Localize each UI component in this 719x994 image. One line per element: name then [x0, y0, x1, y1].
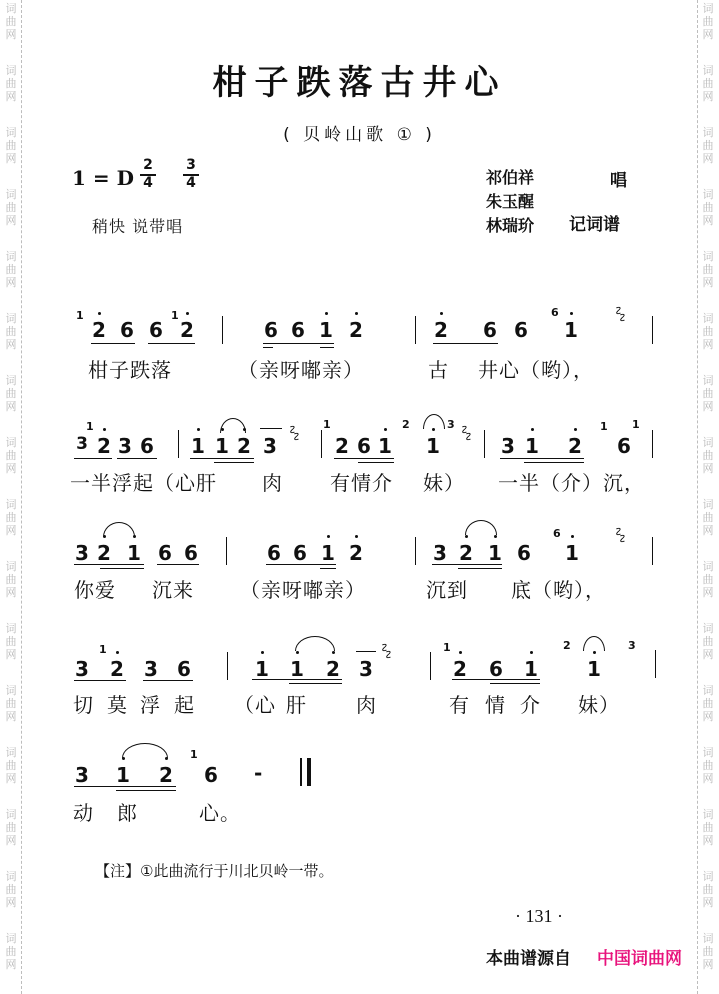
lyric: 你爱	[74, 574, 116, 603]
note: 1	[115, 763, 131, 787]
watermark-char: 词	[703, 312, 714, 325]
watermark-char: 词	[703, 684, 714, 697]
credits-names: 祁伯祥 朱玉醒 林瑞玠	[486, 166, 534, 238]
bar-line	[430, 652, 431, 680]
watermark-char: 词	[6, 870, 17, 883]
note: 2	[458, 541, 474, 565]
divider-right	[697, 0, 698, 994]
watermark-char: 词	[703, 2, 714, 15]
footnote: 【注】①此曲流行于川北贝岭一带。	[95, 860, 333, 881]
watermark-char: 词	[6, 498, 17, 511]
note: 2	[158, 763, 174, 787]
fermata	[423, 414, 445, 429]
watermark-char: 曲	[6, 945, 17, 958]
glissando-mark: ∿∿	[376, 640, 396, 661]
grace-note: 1	[76, 309, 84, 322]
beam	[74, 458, 112, 459]
note: 2	[109, 657, 125, 681]
note: 1	[190, 434, 206, 458]
beam	[74, 680, 126, 681]
note: 6	[266, 541, 282, 565]
note: 6	[516, 541, 532, 565]
lyric: 井心（哟），	[478, 354, 594, 383]
watermark-char: 词	[6, 374, 17, 387]
watermark-char: 曲	[703, 263, 714, 276]
watermark-char: 曲	[6, 449, 17, 462]
bar-line	[227, 652, 228, 680]
lyric: 情	[485, 689, 506, 718]
watermark-char: 网	[6, 772, 17, 785]
lyric: （心	[234, 689, 276, 718]
note: 2	[567, 434, 583, 458]
watermark-char: 网	[6, 276, 17, 289]
lyric: 起	[174, 689, 195, 718]
note: 1	[524, 434, 540, 458]
tempo-marking: 稍快 说带唱	[92, 214, 183, 237]
beam	[490, 683, 540, 684]
watermark-char: 词	[6, 746, 17, 759]
watermark-char: 网	[703, 896, 714, 909]
watermark-group: 词曲网	[6, 868, 17, 930]
lyric: 肉	[356, 689, 377, 718]
beam	[74, 786, 176, 787]
lyric: 古	[428, 354, 449, 383]
bar-line	[226, 537, 227, 565]
bar-line	[178, 430, 179, 458]
watermark-group: 词曲网	[6, 496, 17, 558]
watermark-group: 词曲网	[6, 620, 17, 682]
watermark-char: 曲	[6, 325, 17, 338]
watermark-group: 词曲网	[6, 744, 17, 806]
watermark-group: 词曲网	[703, 620, 714, 682]
slur	[122, 743, 168, 758]
bar-line	[321, 430, 322, 458]
fermata	[583, 636, 605, 651]
watermark-group: 词曲网	[703, 186, 714, 248]
note: 3	[500, 434, 516, 458]
credit-role-transcriber: 记词谱	[569, 210, 620, 235]
watermark-char: 词	[6, 560, 17, 573]
song-title: 柑子跌落古井心	[0, 55, 719, 104]
note: 6	[176, 657, 192, 681]
grace-note: 2	[402, 418, 410, 431]
watermark-char: 词	[6, 436, 17, 449]
bar-line	[484, 430, 485, 458]
watermark-char: 网	[703, 958, 714, 971]
note: 6	[290, 318, 306, 342]
watermark-char: 曲	[703, 325, 714, 338]
note: 1	[289, 657, 305, 681]
note: 3	[358, 657, 374, 681]
watermark-char: 词	[6, 312, 17, 325]
note: 6	[356, 434, 372, 458]
lyric: 沉到	[426, 574, 468, 603]
watermark-char: 曲	[6, 15, 17, 28]
watermark-char: 词	[703, 374, 714, 387]
divider-left	[21, 0, 22, 994]
watermark-char: 曲	[6, 263, 17, 276]
note: 3	[74, 434, 90, 454]
watermark-char: 曲	[703, 387, 714, 400]
watermark-char: 曲	[703, 635, 714, 648]
watermark-char: 曲	[703, 821, 714, 834]
note: 2	[348, 541, 364, 565]
sustain-dash: -	[254, 761, 262, 785]
beam	[214, 462, 254, 463]
time-signature-2: 3 4	[183, 158, 199, 191]
key-signature: 1 = D	[72, 166, 134, 190]
beam	[143, 680, 193, 681]
watermark-group: 词曲网	[703, 558, 714, 620]
watermark-char: 网	[6, 896, 17, 909]
note: 3	[117, 434, 133, 458]
beam	[148, 343, 195, 344]
watermark-char: 网	[703, 214, 714, 227]
watermark-char: 词	[703, 808, 714, 821]
watermark-char: 网	[6, 710, 17, 723]
watermark-char: 词	[703, 746, 714, 759]
watermark-char: 词	[6, 622, 17, 635]
watermark-group: 词曲网	[703, 372, 714, 434]
note: 1	[564, 541, 580, 565]
watermark-char: 词	[703, 188, 714, 201]
watermark-group: 词曲网	[703, 682, 714, 744]
beam	[190, 458, 254, 459]
note: 6	[183, 541, 199, 565]
watermark-char: 曲	[703, 573, 714, 586]
source-label: 本曲谱源自	[486, 944, 571, 969]
slur	[465, 520, 497, 535]
note: 2	[96, 434, 112, 458]
watermark-char: 词	[703, 870, 714, 883]
watermark-group: 词曲网	[6, 806, 17, 868]
beam	[117, 458, 157, 459]
watermark-char: 曲	[6, 635, 17, 648]
source-site-link[interactable]: 中国词曲网	[597, 944, 682, 969]
glissando-mark: ∿∿	[456, 422, 476, 443]
watermark-char: 词	[703, 436, 714, 449]
slur	[220, 418, 246, 433]
lyric: 浮	[140, 689, 161, 718]
beam	[91, 343, 135, 344]
note: 3	[143, 657, 159, 681]
note: 2	[433, 318, 449, 342]
lyric: 郎	[117, 797, 138, 826]
watermark-char: 网	[703, 28, 714, 41]
watermark-char: 网	[6, 400, 17, 413]
lyric: 妹）	[423, 467, 465, 496]
watermark-char: 网	[703, 400, 714, 413]
note: 2	[96, 541, 112, 565]
watermark-char: 词	[6, 808, 17, 821]
watermark-char: 词	[6, 188, 17, 201]
watermark-char: 网	[703, 772, 714, 785]
watermark-char: 词	[703, 560, 714, 573]
grace-note: 1	[323, 418, 331, 431]
watermark-char: 曲	[703, 201, 714, 214]
note: 1	[425, 434, 441, 458]
lyric: 底（哟），	[511, 574, 606, 603]
credit-role-singer: 唱	[610, 166, 627, 191]
grace-note: 1	[443, 641, 451, 654]
grace-note: 2	[563, 639, 571, 652]
lyric: 切	[73, 689, 94, 718]
note: 1	[254, 657, 270, 681]
watermark-group: 词曲网	[703, 496, 714, 558]
watermark-char: 词	[703, 498, 714, 511]
bar-line	[222, 316, 223, 344]
watermark-char: 曲	[703, 883, 714, 896]
beam	[432, 564, 502, 565]
bar-line	[415, 537, 416, 565]
note: 2	[334, 434, 350, 458]
lyric: 心。	[199, 797, 241, 826]
watermark-char: 词	[703, 622, 714, 635]
note: 6	[119, 318, 135, 342]
watermark-char: 网	[703, 524, 714, 537]
note: 1	[377, 434, 393, 458]
note: 6	[139, 434, 155, 458]
note: 6	[482, 318, 498, 342]
grace-note: 1	[86, 420, 94, 433]
lyric: 有	[449, 689, 470, 718]
note: 2	[179, 318, 195, 342]
note: 3	[262, 434, 278, 458]
watermark-char: 曲	[6, 387, 17, 400]
note: 6	[292, 541, 308, 565]
watermark-char: 曲	[703, 449, 714, 462]
note: 3	[74, 657, 90, 681]
bar-line	[652, 316, 653, 344]
watermark-char: 曲	[703, 697, 714, 710]
watermark-group: 词曲网	[703, 744, 714, 806]
beam	[334, 458, 394, 459]
watermark-char: 网	[703, 710, 714, 723]
beam	[452, 679, 540, 680]
watermark-group: 词曲网	[703, 930, 714, 992]
watermark-char: 曲	[6, 201, 17, 214]
watermark-char: 曲	[703, 511, 714, 524]
watermark-char: 网	[6, 958, 17, 971]
beam	[74, 564, 144, 565]
grace-note: 1	[632, 418, 640, 431]
bar-line	[415, 316, 416, 344]
beam	[320, 568, 336, 569]
note: 1	[563, 318, 579, 342]
watermark-char: 词	[703, 250, 714, 263]
note: 1	[586, 657, 602, 681]
watermark-char: 词	[6, 684, 17, 697]
watermark-char: 网	[703, 338, 714, 351]
note: 1	[320, 541, 336, 565]
watermark-char: 网	[703, 276, 714, 289]
watermark-left: 词曲网词曲网词曲网词曲网词曲网词曲网词曲网词曲网词曲网词曲网词曲网词曲网词曲网词…	[0, 0, 22, 994]
watermark-char: 网	[6, 338, 17, 351]
watermark-char: 曲	[703, 15, 714, 28]
beam	[500, 458, 584, 459]
glissando-mark: ∿∿	[610, 303, 630, 324]
watermark-group: 词曲网	[6, 0, 17, 62]
lyric: 肝	[286, 689, 307, 718]
slur	[295, 636, 335, 651]
lyric: 动	[73, 797, 94, 826]
beam	[116, 790, 176, 791]
watermark-char: 网	[703, 152, 714, 165]
beam	[263, 347, 273, 348]
watermark-char: 词	[6, 250, 17, 263]
beam	[433, 343, 498, 344]
watermark-char: 网	[6, 586, 17, 599]
note: 2	[236, 434, 252, 458]
beam	[266, 564, 336, 565]
beam	[252, 679, 342, 680]
beam	[100, 568, 144, 569]
watermark-char: 网	[703, 834, 714, 847]
watermark-char: 曲	[6, 573, 17, 586]
beam	[157, 564, 199, 565]
note: 6	[616, 434, 632, 458]
grace-note: 1	[99, 643, 107, 656]
watermark-group: 词曲网	[703, 806, 714, 868]
watermark-char: 网	[703, 648, 714, 661]
overline	[260, 428, 282, 429]
grace-note: 6	[551, 306, 559, 319]
watermark-group: 词曲网	[703, 434, 714, 496]
time-signature-1: 2 4	[140, 158, 156, 191]
lyric: 沉来	[152, 574, 194, 603]
watermark-group: 词曲网	[6, 930, 17, 992]
watermark-right: 词曲网词曲网词曲网词曲网词曲网词曲网词曲网词曲网词曲网词曲网词曲网词曲网词曲网词…	[697, 0, 719, 994]
note: 2	[348, 318, 364, 342]
watermark-group: 词曲网	[6, 186, 17, 248]
note: 1	[318, 318, 334, 342]
lyric: 妹）	[578, 689, 620, 718]
grace-note: 6	[553, 527, 561, 540]
note: 6	[203, 763, 219, 787]
watermark-char: 曲	[6, 821, 17, 834]
lyric: 有情介	[330, 467, 393, 496]
note: 1	[214, 434, 230, 458]
watermark-char: 网	[6, 462, 17, 475]
lyric: （亲呀嘟亲）	[240, 574, 366, 603]
note: 6	[263, 318, 279, 342]
watermark-char: 曲	[6, 511, 17, 524]
note: 2	[91, 318, 107, 342]
watermark-group: 词曲网	[703, 248, 714, 310]
overline	[356, 651, 376, 652]
watermark-char: 网	[6, 28, 17, 41]
beam	[358, 462, 394, 463]
watermark-char: 网	[6, 214, 17, 227]
beam	[320, 347, 334, 348]
note: 3	[74, 763, 90, 787]
beam	[524, 462, 584, 463]
glissando-mark: ∿∿	[284, 422, 304, 443]
grace-note: 1	[171, 309, 179, 322]
grace-note: 3	[447, 418, 455, 431]
note: 2	[452, 657, 468, 681]
watermark-group: 词曲网	[6, 682, 17, 744]
watermark-group: 词曲网	[6, 558, 17, 620]
watermark-group: 词曲网	[6, 310, 17, 372]
page-number: · 131 ·	[515, 906, 563, 927]
watermark-char: 词	[6, 2, 17, 15]
watermark-char: 曲	[6, 697, 17, 710]
watermark-char: 曲	[703, 945, 714, 958]
song-subtitle: ( 贝岭山歌 ① )	[0, 120, 719, 145]
watermark-char: 网	[6, 834, 17, 847]
note: 3	[74, 541, 90, 565]
note: 6	[148, 318, 164, 342]
final-bar-line	[300, 758, 311, 786]
note: 1	[126, 541, 142, 565]
watermark-group: 词曲网	[703, 310, 714, 372]
watermark-char: 网	[6, 648, 17, 661]
lyric: 莫	[107, 689, 128, 718]
watermark-char: 网	[703, 586, 714, 599]
slur	[103, 522, 135, 537]
note: 6	[513, 318, 529, 342]
note: 6	[157, 541, 173, 565]
note: 6	[488, 657, 504, 681]
bar-line	[652, 537, 653, 565]
glissando-mark: ∿∿	[610, 524, 630, 545]
watermark-group: 词曲网	[703, 868, 714, 930]
note: 1	[523, 657, 539, 681]
watermark-char: 曲	[6, 883, 17, 896]
bar-line	[655, 650, 656, 678]
grace-note: 1	[600, 420, 608, 433]
watermark-char: 曲	[6, 759, 17, 772]
watermark-group: 词曲网	[6, 372, 17, 434]
lyric: 一半浮起（心肝	[70, 467, 217, 496]
watermark-char: 网	[6, 524, 17, 537]
watermark-char: 网	[703, 462, 714, 475]
watermark-group: 词曲网	[6, 248, 17, 310]
watermark-char: 词	[6, 932, 17, 945]
watermark-char: 曲	[703, 759, 714, 772]
grace-note: 3	[628, 639, 636, 652]
lyric: 一半（介）沉，	[498, 467, 645, 496]
bar-line	[652, 430, 653, 458]
beam	[289, 683, 342, 684]
grace-note: 1	[190, 748, 198, 761]
lyric: 介	[520, 689, 541, 718]
watermark-group: 词曲网	[6, 434, 17, 496]
watermark-char: 词	[703, 932, 714, 945]
beam	[458, 568, 502, 569]
beam	[263, 343, 334, 344]
lyric: （亲呀嘟亲）	[238, 354, 364, 383]
note: 2	[325, 657, 341, 681]
lyric: 柑子跌落	[88, 354, 172, 383]
watermark-group: 词曲网	[703, 0, 714, 62]
lyric: 肉	[262, 467, 283, 496]
watermark-char: 网	[6, 152, 17, 165]
note: 3	[432, 541, 448, 565]
note: 1	[487, 541, 503, 565]
